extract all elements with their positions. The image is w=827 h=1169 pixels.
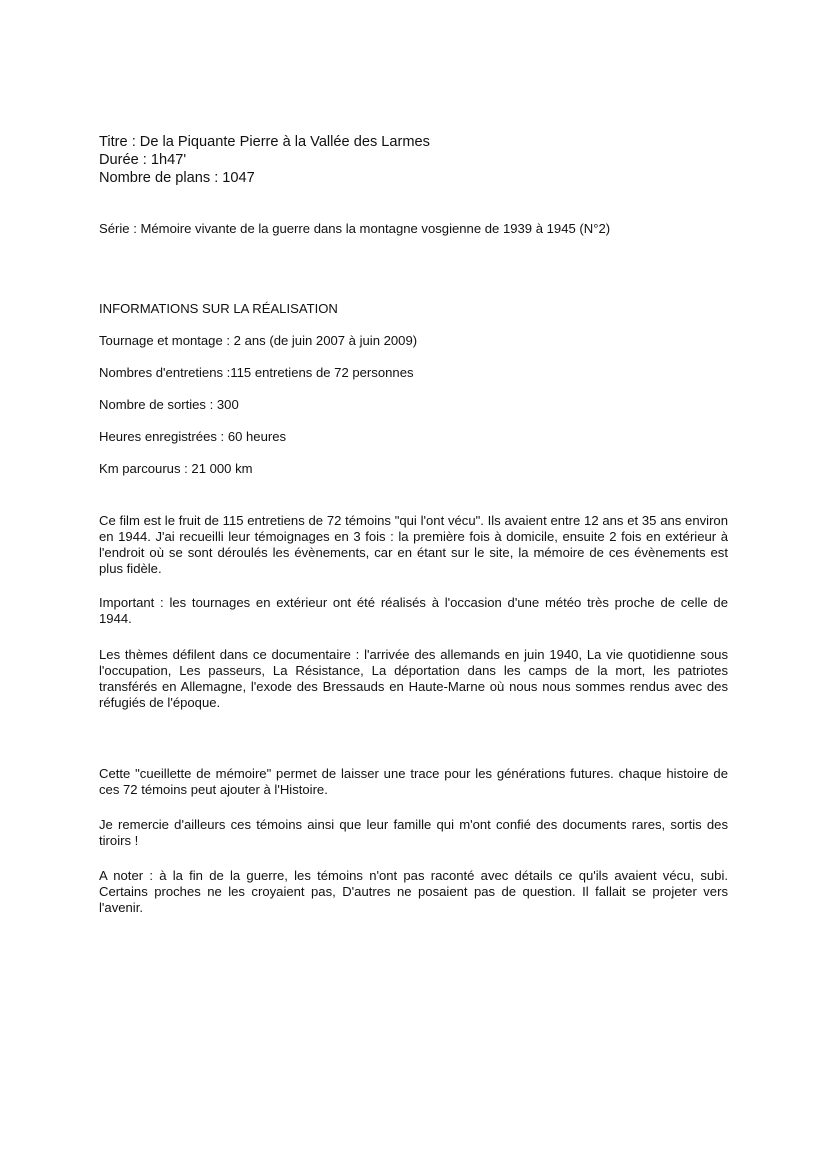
- info-item-interviews: Nombres d'entretiens :115 entretiens de …: [99, 365, 414, 381]
- info-item-hours-recorded: Heures enregistrées : 60 heures: [99, 429, 286, 445]
- film-title: Titre : De la Piquante Pierre à la Vallé…: [99, 133, 430, 151]
- series-line: Série : Mémoire vivante de la guerre dan…: [99, 221, 610, 237]
- paragraph-note: A noter : à la fin de la guerre, les tém…: [99, 868, 728, 916]
- production-info-heading: INFORMATIONS SUR LA RÉALISATION: [99, 301, 338, 317]
- film-duration: Durée : 1h47': [99, 151, 430, 169]
- paragraph-memory-gathering: Cette "cueillette de mémoire" permet de …: [99, 766, 728, 798]
- info-item-outings: Nombre de sorties : 300: [99, 397, 239, 413]
- paragraph-themes: Les thèmes défilent dans ce documentaire…: [99, 647, 728, 711]
- film-shot-count: Nombre de plans : 1047: [99, 169, 430, 187]
- info-item-shooting-duration: Tournage et montage : 2 ans (de juin 200…: [99, 333, 417, 349]
- info-item-km-travelled: Km parcourus : 21 000 km: [99, 461, 253, 477]
- paragraph-film-origin: Ce film est le fruit de 115 entretiens d…: [99, 513, 728, 577]
- paragraph-important-weather: Important : les tournages en extérieur o…: [99, 595, 728, 627]
- film-header: Titre : De la Piquante Pierre à la Vallé…: [99, 133, 430, 187]
- paragraph-thanks: Je remercie d'ailleurs ces témoins ainsi…: [99, 817, 728, 849]
